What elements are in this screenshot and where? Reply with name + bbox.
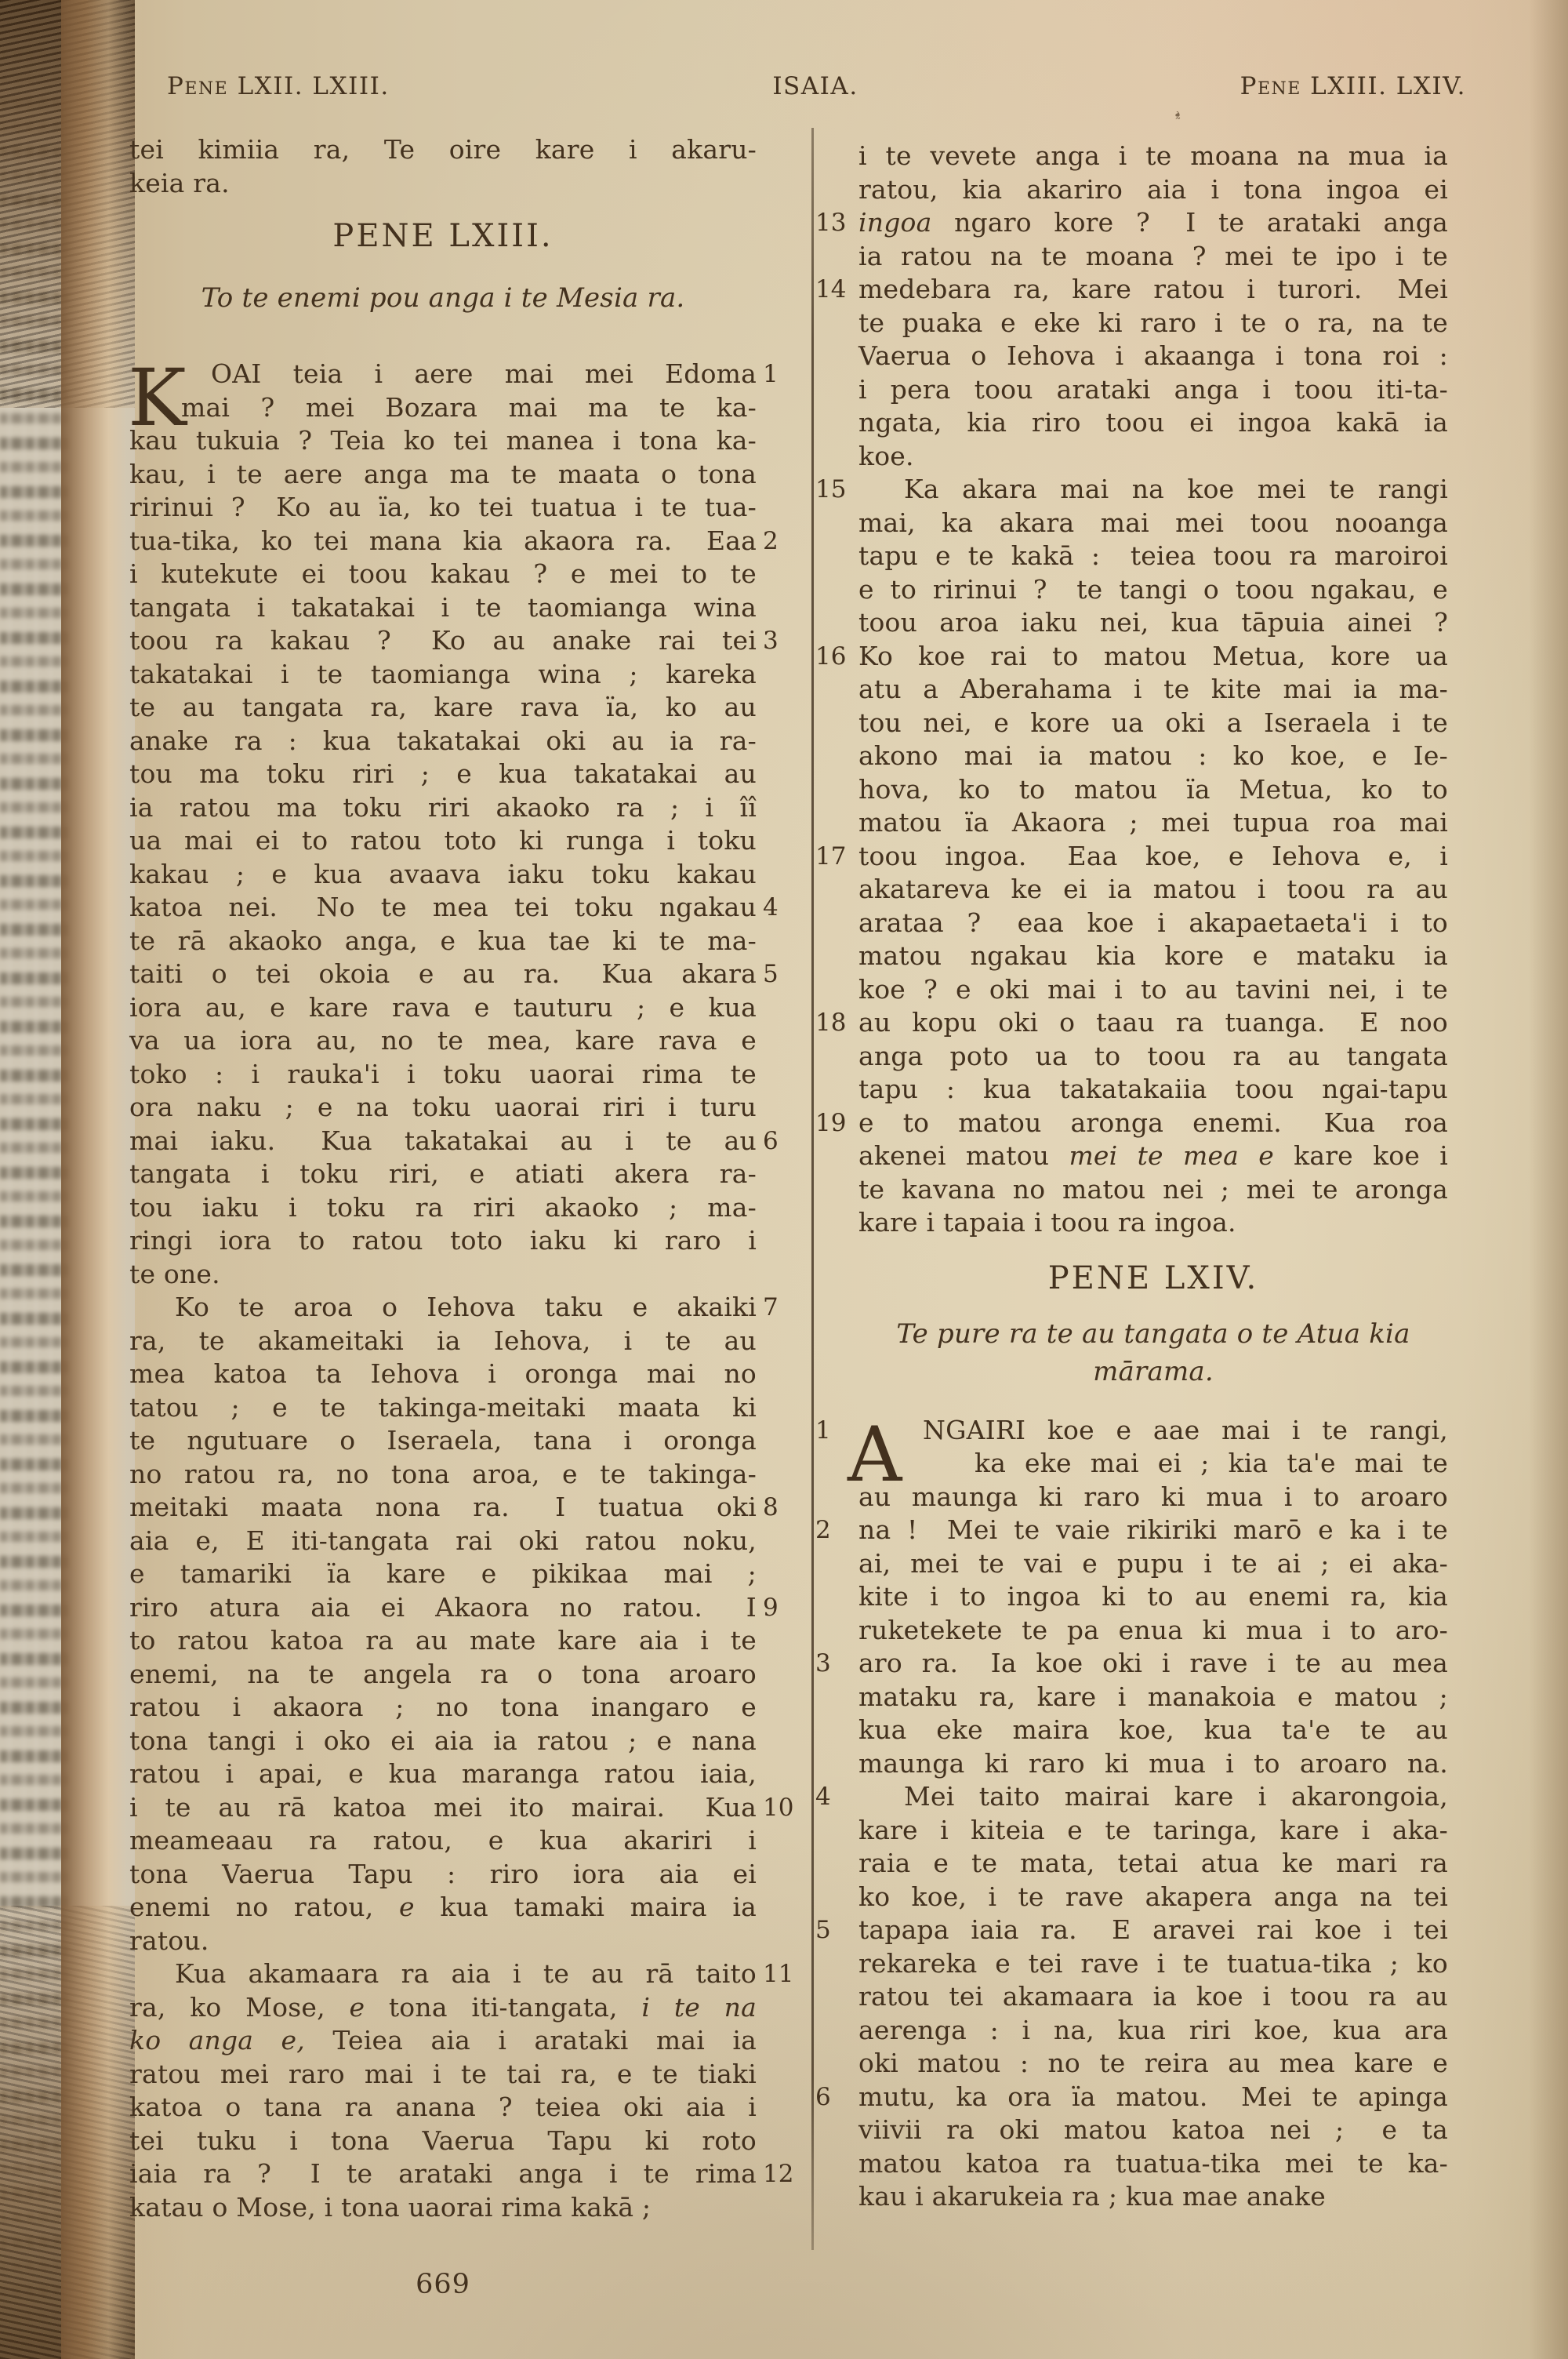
text-line: mai iaku. Kua takatakai au i te au6 <box>129 1125 757 1158</box>
verse-number: 7 <box>763 1291 808 1325</box>
text-line: mai ? mei Bozara mai ma te ka- <box>129 391 757 425</box>
text-line: i te vevete anga i te moana na mua ia <box>858 140 1448 173</box>
text-line: no ratou ra, no tona aroa, e te takinga- <box>129 1458 757 1492</box>
verse-number: 10 <box>763 1791 808 1825</box>
right-verse-body-lower: A NGAIRI koe e aae mai i te rangi,1ka ek… <box>858 1414 1448 2214</box>
verse-number: 2 <box>815 1514 855 1547</box>
text-line: kakau ; e kua avaava iaku toku kakau <box>129 858 757 892</box>
text-line: rekareka e tei rave i te tuatua-tika ; k… <box>858 1947 1448 1981</box>
verse-number: 19 <box>815 1107 855 1140</box>
text-line: Ko koe rai to matou Metua, kore ua16 <box>858 640 1448 674</box>
text-line: tou nei, e kore ua oki a Iseraela i te <box>858 707 1448 740</box>
chapter-subtitle-lxiii: To te enemi pou anga i te Mesia ra. <box>129 280 757 316</box>
text-line: arataa ? eaa koe i akapaetaeta'i i to <box>858 907 1448 940</box>
verse-number: 16 <box>815 640 855 674</box>
verse-number: 3 <box>815 1647 855 1681</box>
verse-number: 8 <box>763 1491 808 1525</box>
right-column: i te vevete anga i te moana na mua iarat… <box>858 140 1448 2214</box>
text-line: te one. <box>129 1258 757 1292</box>
verse-number: 13 <box>815 206 855 240</box>
verse-number: 4 <box>815 1780 855 1814</box>
text-line: tapu e te kakā : teiea toou ra maroiroi <box>858 540 1448 573</box>
verse-number: 1 <box>815 1414 855 1448</box>
text-line: raia e te mata, tetai atua ke mari ra <box>858 1847 1448 1881</box>
text-line: anga poto ua to toou ra au tangata <box>858 1040 1448 1074</box>
text-line: ratou i apai, e kua maranga ratou iaia, <box>129 1757 757 1791</box>
text-line: hova, ko to matou ïa Metua, ko to <box>858 773 1448 807</box>
text-line: maunga ki raro ki mua i to aroaro na. <box>858 1747 1448 1781</box>
running-head-center: ISAIA. <box>737 72 894 108</box>
text-line: katoa o tana ra anana ? teiea oki aia i <box>129 2091 757 2125</box>
text-line: kau i akarukeia ra ; kua mae anake <box>858 2180 1448 2214</box>
text-line: te rā akaoko anga, e kua tae ki te ma- <box>129 925 757 958</box>
page-edge-right <box>1529 0 1568 2359</box>
text-line: oki matou : no te reira au mea kare e <box>858 2047 1448 2081</box>
column-divider-rule <box>811 128 814 2250</box>
verse-number: 6 <box>763 1125 808 1158</box>
text-line: te au tangata ra, kare rava ïa, ko au <box>129 691 757 725</box>
text-line: enemi no ratou, e kua tamaki maira ia <box>129 1891 757 1925</box>
text-line: tangata i takatakai i te taomianga wina <box>129 591 757 625</box>
text-line: na ! Mei te vaie rikiriki marō e ka i te… <box>858 1514 1448 1547</box>
text-line: ringi iora to ratou toto iaku ki raro i <box>129 1224 757 1258</box>
text-line: tona Vaerua Tapu : riro iora aia ei <box>129 1858 757 1892</box>
text-line: ratou, kia akariro aia i tona ingoa ei <box>858 173 1448 207</box>
text-line: mataku ra, kare i manakoia e matou ; <box>858 1681 1448 1714</box>
text-line: tangata i toku riri, e atiati akera ra- <box>129 1158 757 1191</box>
verse-number: 18 <box>815 1006 855 1040</box>
text-line: ko koe, i te rave akapera anga na tei <box>858 1881 1448 1914</box>
text-line: ko anga e, Teiea aia i arataki mai ia <box>129 2024 757 2058</box>
text-line: koe ? e oki mai i to au tavini nei, i te <box>858 973 1448 1007</box>
text-line: medebara ra, kare ratou i turori. Mei14 <box>858 273 1448 307</box>
text-line: kare i kiteia e te taringa, kare i aka- <box>858 1814 1448 1848</box>
text-line: iora au, e kare rava e tauturu ; e kua <box>129 991 757 1025</box>
text-line: toou aroa iaku nei, kua tāpuia ainei ? <box>858 606 1448 640</box>
text-line: e to ririnui ? te tangi o toou ngakau, e <box>858 573 1448 607</box>
verse-number: 17 <box>815 840 855 874</box>
text-line: ia ratou na te moana ? mei te ipo i te <box>858 240 1448 274</box>
page-number: 669 <box>129 2268 757 2302</box>
text-line: meameaau ra ratou, e kua akariri i <box>129 1824 757 1858</box>
printer-ornament-mark: ❧ <box>1170 109 1185 122</box>
text-line: ua mai ei to ratou toto ki runga i toku <box>129 824 757 858</box>
text-line: ia ratou ma toku riri akaoko ra ; i îî <box>129 791 757 825</box>
text-line: riro atura aia ei Akaora no ratou. I9 <box>129 1591 757 1625</box>
text-line: te kavana no matou nei ; mei te aronga <box>858 1173 1448 1207</box>
carryover-paragraph: tei kimiia ra, Te oire kare i akaru-keia… <box>129 133 757 200</box>
text-line: matou ngakau kia kore e mataku ia <box>858 940 1448 973</box>
text-line: ngata, kia riro toou ei ingoa kakā ia <box>858 406 1448 440</box>
text-line: au kopu oki o taau ra tuanga. E noo18 <box>858 1006 1448 1040</box>
text-line: takatakai i te taomianga wina ; kareka <box>129 658 757 692</box>
text-line: ratou i akaora ; no tona inangaro e <box>129 1691 757 1725</box>
text-line: au maunga ki raro ki mua i to aroaro <box>858 1481 1448 1514</box>
verse-number: 2 <box>763 525 808 558</box>
text-line: ora naku ; e na toku uaorai riri i turu <box>129 1091 757 1125</box>
text-line: Vaerua o Iehova i akaanga i tona roi : <box>858 340 1448 373</box>
text-line: ka eke mai ei ; kia ta'e mai te <box>858 1447 1448 1481</box>
chapter-heading-lxiv: PENE LXIV. <box>858 1259 1448 1298</box>
chapter-heading-lxiii: PENE LXIII. <box>129 216 757 256</box>
text-line: tatou ; e te takinga-meitaki maata ki <box>129 1391 757 1425</box>
text-line: ingoa ngaro kore ? I te arataki anga13 <box>858 206 1448 240</box>
text-line: Ko te aroa o Iehova taku e akaiki7 <box>129 1291 757 1325</box>
text-line: i te au rā katoa mei ito mairai. Kua10 <box>129 1791 757 1825</box>
text-line: Mei taito mairai kare i akarongoia,4 <box>858 1780 1448 1814</box>
verse-number: 6 <box>815 2081 855 2114</box>
text-line: e to matou aronga enemi. Kua roa19 <box>858 1107 1448 1140</box>
text-line: to ratou katoa ra au mate kare aia i te <box>129 1624 757 1658</box>
text-line: te ngutuare o Iseraela, tana i oronga <box>129 1424 757 1458</box>
text-line: enemi, na te angela ra o tona aroaro <box>129 1658 757 1692</box>
text-line: NGAIRI koe e aae mai i te rangi,1 <box>858 1414 1448 1448</box>
verse-number: 1 <box>763 358 808 391</box>
verse-number: 5 <box>815 1914 855 1947</box>
left-column: tei kimiia ra, Te oire kare i akaru-keia… <box>129 133 757 2302</box>
text-line: katoa nei. No te mea tei toku ngakau4 <box>129 891 757 925</box>
chapter-subtitle-lxiv-line2: mārama. <box>858 1353 1448 1390</box>
text-line: kite i to ingoa ki to au enemi ra, kia <box>858 1580 1448 1614</box>
text-line: kare i tapaia i toou ra ingoa. <box>858 1206 1448 1240</box>
verse-number: 15 <box>815 473 855 507</box>
verse-number: 11 <box>763 1957 808 1991</box>
text-line: atu a Aberahama i te kite mai ia ma- <box>858 673 1448 707</box>
text-line: va ua iora au, no te mea, kare rava e <box>129 1024 757 1058</box>
text-line: akono mai ia matou : ko koe, e Ie- <box>858 740 1448 773</box>
text-line: viivii ra oki matou katoa nei ; e ta <box>858 2114 1448 2147</box>
verse-number: 5 <box>763 958 808 991</box>
verse-number: 9 <box>763 1591 808 1625</box>
running-head-left: Pene LXII. LXIII. <box>167 72 390 108</box>
text-line: toou ra kakau ? Ko au anake rai tei3 <box>129 624 757 658</box>
text-line: Kua akamaara ra aia i te au rā taito11 <box>129 1957 757 1991</box>
text-line: keia ra. <box>129 167 757 201</box>
text-line: ai, mei te vai e pupu i te ai ; ei aka- <box>858 1547 1448 1581</box>
text-line: OAI teia i aere mai mei Edoma1 <box>129 358 757 391</box>
text-line: tou iaku i toku ra riri akaoko ; ma- <box>129 1191 757 1225</box>
text-line: tei kimiia ra, Te oire kare i akaru- <box>129 133 757 167</box>
text-line: meitaki maata nona ra. I tuatua oki8 <box>129 1491 757 1525</box>
text-line: i kutekute ei toou kakau ? e mei to te <box>129 558 757 591</box>
text-line: iaia ra ? I te arataki anga i te rima12 <box>129 2157 757 2191</box>
text-line: kau, i te aere anga ma te maata o tona <box>129 458 757 492</box>
right-verse-body-upper: i te vevete anga i te moana na mua iarat… <box>858 140 1448 1240</box>
text-line: matou katoa ra tuatua-tika mei te ka- <box>858 2147 1448 2181</box>
text-line: toko : i rauka'i i toku uaorai rima te <box>129 1058 757 1092</box>
text-line: e tamariki ïa kare e pikikaa mai ; <box>129 1558 757 1591</box>
text-line: akenei matou mei te mea e kare koe i <box>858 1140 1448 1173</box>
text-line: aro ra. Ia koe oki i rave i te au mea3 <box>858 1647 1448 1681</box>
text-line: toou ingoa. Eaa koe, e Iehova e, i17 <box>858 840 1448 874</box>
verse-number: 3 <box>763 624 808 658</box>
text-line: ratou tei akamaara ia koe i toou ra au <box>858 1980 1448 2014</box>
text-line: mea katoa ta Iehova i oronga mai no <box>129 1358 757 1391</box>
text-line: akatareva ke ei ia matou i toou ra au <box>858 873 1448 907</box>
text-line: tapu : kua takatakaiia toou ngai-tapu <box>858 1073 1448 1107</box>
chapter-subtitle-lxiv: Te pure ra te au tangata o te Atua kia m… <box>858 1315 1448 1390</box>
text-line: ruketekete te pa enua ki mua i to aro- <box>858 1614 1448 1648</box>
book-page-scan: Pene LXII. LXIII. ISAIA. Pene LXIII. LXI… <box>0 0 1568 2359</box>
text-line: ratou mei raro mai i te tai ra, e te tia… <box>129 2058 757 2092</box>
text-line: kua eke maira koe, kua ta'e te au <box>858 1714 1448 1747</box>
text-line: i pera toou arataki anga i toou iti-ta- <box>858 373 1448 407</box>
text-line: mutu, ka ora ïa matou. Mei te apinga6 <box>858 2081 1448 2114</box>
chapter-subtitle-lxiv-line1: Te pure ra te au tangata o te Atua kia <box>858 1315 1448 1353</box>
text-line: aerenga : i na, kua riri koe, kua ara <box>858 2014 1448 2048</box>
verse-number: 4 <box>763 891 808 925</box>
text-line: katau o Mose, i tona uaorai rima kakā ; <box>129 2191 757 2225</box>
text-line: koe. <box>858 440 1448 474</box>
text-line: tona tangi i oko ei aia ia ratou ; e nan… <box>129 1725 757 1758</box>
text-line: Ka akara mai na koe mei te rangi15 <box>858 473 1448 507</box>
text-line: tapapa iaia ra. E aravei rai koe i tei5 <box>858 1914 1448 1947</box>
text-line: matou ïa Akaora ; mei tupua roa mai <box>858 806 1448 840</box>
text-line: tua-tika, ko tei mana kia akaora ra. Eaa… <box>129 525 757 558</box>
text-line: anake ra : kua takatakai oki au ia ra- <box>129 725 757 758</box>
left-verse-body: K OAI teia i aere mai mei Edoma1mai ? me… <box>129 358 757 2224</box>
text-line: kau tukuia ? Teia ko tei manea i tona ka… <box>129 424 757 458</box>
verse-number: 12 <box>763 2157 808 2191</box>
text-line: ra, te akameitaki ia Iehova, i te au <box>129 1325 757 1358</box>
text-line: mai, ka akara mai mei toou nooanga <box>858 507 1448 540</box>
text-line: aia e, E iti-tangata rai oki ratou noku, <box>129 1525 757 1558</box>
text-line: ririnui ? Ko au ïa, ko tei tuatua i te t… <box>129 491 757 525</box>
text-line: taiti o tei okoia e au ra. Kua akara5 <box>129 958 757 991</box>
running-head-right: Pene LXIII. LXIV. <box>1240 72 1466 108</box>
text-line: ra, ko Mose, e tona iti-tangata, i te na <box>129 1991 757 2025</box>
verse-number: 14 <box>815 273 855 307</box>
text-line: tei tuku i tona Vaerua Tapu ki roto <box>129 2125 757 2158</box>
text-line: te puaka e eke ki raro i te o ra, na te <box>858 307 1448 340</box>
text-line: tou ma toku riri ; e kua takatakai au <box>129 758 757 791</box>
text-line: ratou. <box>129 1925 757 1958</box>
